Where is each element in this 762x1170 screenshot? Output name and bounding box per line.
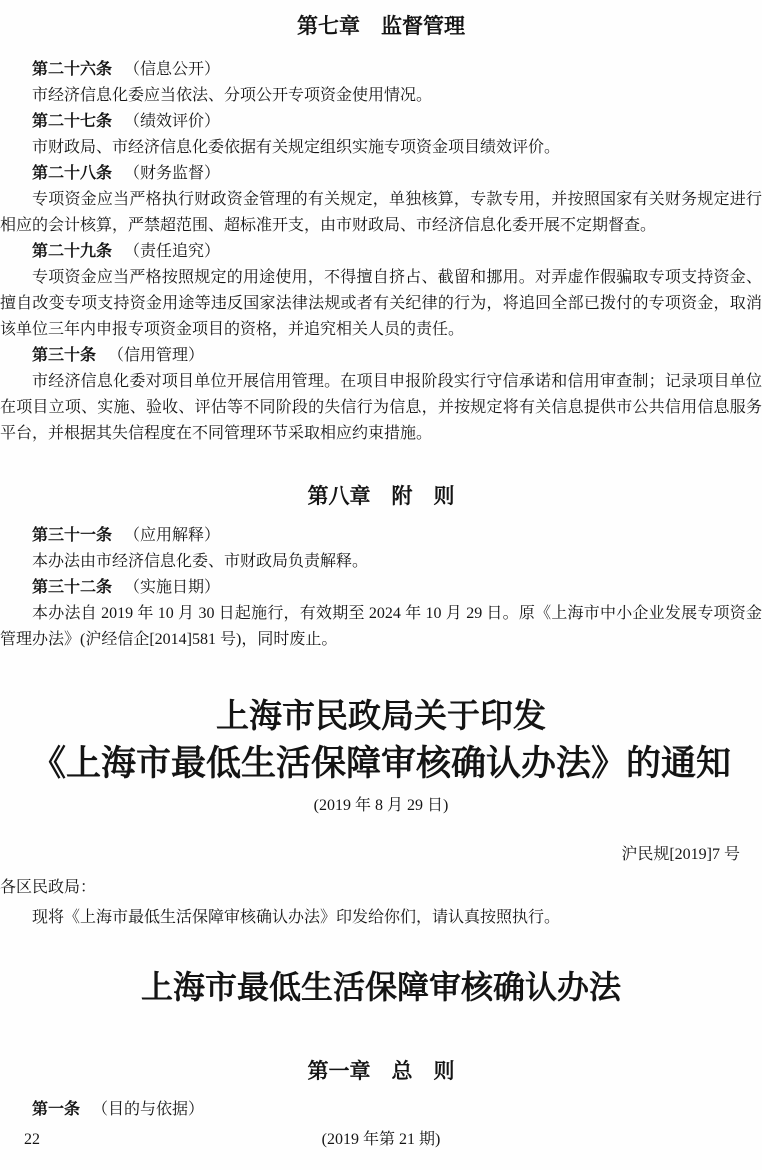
chapter-8-heading: 第八章 附 则	[0, 482, 762, 512]
gazette-page: 第七章 监督管理 第二十六条（信息公开） 市经济信息化委应当依法、分项公开专项资…	[0, 0, 762, 1170]
article-26-title: （信息公开）	[124, 61, 220, 78]
article-28-title: （财务监督）	[124, 165, 220, 182]
notice-title-line1: 上海市民政局关于印发	[0, 695, 762, 739]
chapter-1-heading: 第一章 总 则	[0, 1057, 762, 1087]
article-32-heading: 第三十二条（实施日期）	[0, 575, 762, 601]
article-32-label: 第三十二条	[32, 579, 112, 596]
article-27-body: 市财政局、市经济信息化委依据有关规定组织实施专项资金项目绩效评价。	[0, 135, 762, 161]
page-footer: 22 (2019 年第 21 期)	[0, 1127, 762, 1153]
article-31-title: （应用解释）	[124, 527, 220, 544]
article-30-heading: 第三十条（信用管理）	[0, 343, 762, 369]
article-27-title: （绩效评价）	[124, 113, 220, 130]
notice-title-line2: 《上海市最低生活保障审核确认办法》的通知	[0, 739, 762, 789]
issue-label: (2019 年第 21 期)	[0, 1127, 762, 1153]
article-31-body: 本办法由市经济信息化委、市财政局负责解释。	[0, 549, 762, 575]
article-27-heading: 第二十七条（绩效评价）	[0, 109, 762, 135]
article-28-body: 专项资金应当严格执行财政资金管理的有关规定，单独核算，专款专用，并按照国家有关财…	[0, 187, 762, 239]
article-28-label: 第二十八条	[32, 165, 112, 182]
article-29-heading: 第二十九条（责任追究）	[0, 239, 762, 265]
article-26-heading: 第二十六条（信息公开）	[0, 57, 762, 83]
notice-salutation: 各区民政局：	[0, 875, 762, 901]
article-30-label: 第三十条	[32, 347, 96, 364]
article-29-title: （责任追究）	[124, 243, 220, 260]
article-1-label: 第一条	[32, 1101, 80, 1118]
measures-title: 上海市最低生活保障审核确认办法	[0, 963, 762, 1011]
article-28-heading: 第二十八条（财务监督）	[0, 161, 762, 187]
article-1-heading: 第一条（目的与依据）	[0, 1097, 762, 1123]
article-30-title: （信用管理）	[108, 347, 204, 364]
chapter-7-heading: 第七章 监督管理	[0, 0, 762, 42]
regulation-tail-section: 第二十六条（信息公开） 市经济信息化委应当依法、分项公开专项资金使用情况。 第二…	[0, 57, 762, 447]
article-29-body: 专项资金应当严格按照规定的用途使用，不得擅自挤占、截留和挪用。对弄虚作假骗取专项…	[0, 265, 762, 343]
article-26-body: 市经济信息化委应当依法、分项公开专项资金使用情况。	[0, 83, 762, 109]
article-32-title: （实施日期）	[124, 579, 220, 596]
article-30-body: 市经济信息化委对项目单位开展信用管理。在项目申报阶段实行守信承诺和信用审查制；记…	[0, 369, 762, 447]
article-31-heading: 第三十一条（应用解释）	[0, 523, 762, 549]
article-29-label: 第二十九条	[32, 243, 112, 260]
article-31-label: 第三十一条	[32, 527, 112, 544]
article-27-label: 第二十七条	[32, 113, 112, 130]
document-number: 沪民规[2019]7 号	[0, 842, 762, 868]
notice-date: (2019 年 8 月 29 日)	[0, 793, 762, 819]
article-26-label: 第二十六条	[32, 61, 112, 78]
article-32-body: 本办法自 2019 年 10 月 30 日起施行，有效期至 2024 年 10 …	[0, 601, 762, 653]
article-1-title: （目的与依据）	[92, 1101, 204, 1118]
notice-body: 现将《上海市最低生活保障审核确认办法》印发给你们，请认真按照执行。	[0, 905, 762, 931]
page-number: 22	[24, 1127, 40, 1153]
